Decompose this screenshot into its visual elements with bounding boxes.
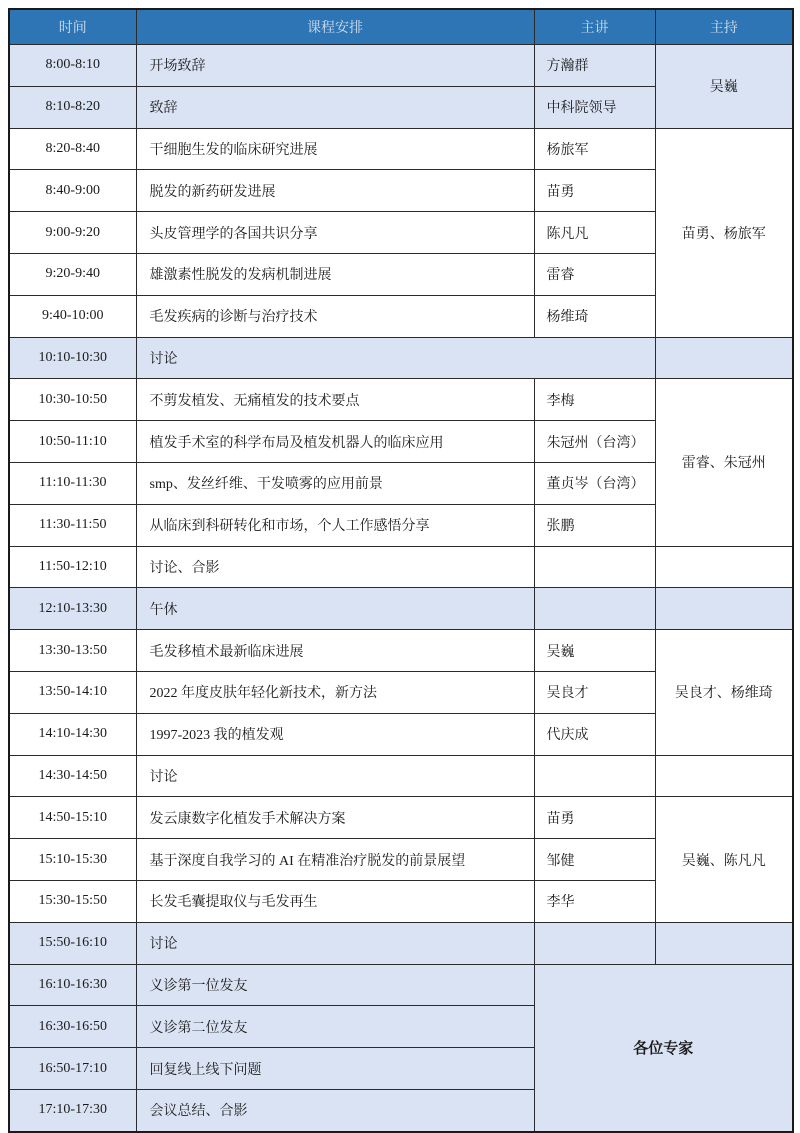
course-cell: 致辞 [136, 86, 534, 128]
header-row: 时间 课程安排 主讲 主持 [9, 9, 793, 45]
table-row: 14:30-14:50 讨论 [9, 755, 793, 797]
speaker-cell: 苗勇 [534, 170, 655, 212]
speaker-cell: 吴良才 [534, 671, 655, 713]
time-cell: 11:50-12:10 [9, 546, 136, 588]
time-cell: 15:30-15:50 [9, 880, 136, 922]
table-row: 16:10-16:30 义诊第一位发友 各位专家 [9, 964, 793, 1006]
table-row: 11:50-12:10 讨论、合影 [9, 546, 793, 588]
course-cell: 发云康数字化植发手术解决方案 [136, 797, 534, 839]
speaker-cell: 朱冠州（台湾） [534, 421, 655, 463]
schedule-page: 时间 课程安排 主讲 主持 8:00-8:10 开场致辞 方瀚群 吴巍 8:10… [0, 0, 800, 1111]
time-cell: 8:00-8:10 [9, 45, 136, 87]
course-cell: 午休 [136, 588, 534, 630]
speaker-cell: 方瀚群 [534, 45, 655, 87]
course-cell: 讨论 [136, 755, 534, 797]
speaker-cell: 中科院领导 [534, 86, 655, 128]
course-cell: 植发手术室的科学布局及植发机器人的临床应用 [136, 421, 534, 463]
header-speaker: 主讲 [534, 9, 655, 45]
course-cell: 长发毛囊提取仪与毛发再生 [136, 880, 534, 922]
speaker-cell: 杨维琦 [534, 295, 655, 337]
time-cell: 9:20-9:40 [9, 253, 136, 295]
time-cell: 15:10-15:30 [9, 839, 136, 881]
experts-cell: 各位专家 [534, 964, 793, 1132]
time-cell: 17:10-17:30 [9, 1089, 136, 1131]
course-cell: 回复线上线下问题 [136, 1048, 534, 1090]
table-row: 8:00-8:10 开场致辞 方瀚群 吴巍 [9, 45, 793, 87]
time-cell: 16:10-16:30 [9, 964, 136, 1006]
time-cell: 11:30-11:50 [9, 504, 136, 546]
speaker-cell [534, 755, 655, 797]
header-course: 课程安排 [136, 9, 534, 45]
time-cell: 10:30-10:50 [9, 379, 136, 421]
time-cell: 10:10-10:30 [9, 337, 136, 379]
host-cell [655, 755, 793, 797]
time-cell: 9:40-10:00 [9, 295, 136, 337]
time-cell: 16:30-16:50 [9, 1006, 136, 1048]
host-cell [655, 922, 793, 964]
course-cell: 会议总结、合影 [136, 1089, 534, 1131]
time-cell: 14:30-14:50 [9, 755, 136, 797]
speaker-cell: 苗勇 [534, 797, 655, 839]
course-cell: 开场致辞 [136, 45, 534, 87]
course-cell: smp、发丝纤维、干发喷雾的应用前景 [136, 462, 534, 504]
speaker-cell: 吴巍 [534, 630, 655, 672]
speaker-cell [534, 546, 655, 588]
time-cell: 8:10-8:20 [9, 86, 136, 128]
time-cell: 13:50-14:10 [9, 671, 136, 713]
time-cell: 11:10-11:30 [9, 462, 136, 504]
course-cell: 雄激素性脱发的发病机制进展 [136, 253, 534, 295]
speaker-cell: 陈凡凡 [534, 212, 655, 254]
table-row: 12:10-13:30 午休 [9, 588, 793, 630]
time-cell: 10:50-11:10 [9, 421, 136, 463]
course-cell: 干细胞生发的临床研究进展 [136, 128, 534, 170]
table-row: 10:30-10:50 不剪发植发、无痛植发的技术要点 李梅 雷睿、朱冠州 [9, 379, 793, 421]
time-cell: 13:30-13:50 [9, 630, 136, 672]
time-cell: 8:20-8:40 [9, 128, 136, 170]
course-cell: 讨论、合影 [136, 546, 534, 588]
speaker-cell: 张鹏 [534, 504, 655, 546]
speaker-cell: 杨旅军 [534, 128, 655, 170]
course-cell: 基于深度自我学习的 AI 在精准治疗脱发的前景展望 [136, 839, 534, 881]
speaker-cell: 董贞岑（台湾） [534, 462, 655, 504]
course-cell: 毛发疾病的诊断与治疗技术 [136, 295, 534, 337]
speaker-cell: 代庆成 [534, 713, 655, 755]
table-row: 10:10-10:30 讨论 [9, 337, 793, 379]
speaker-cell: 李华 [534, 880, 655, 922]
header-time: 时间 [9, 9, 136, 45]
host-cell: 吴巍 [655, 45, 793, 129]
host-cell: 吴良才、杨维琦 [655, 630, 793, 755]
time-cell: 15:50-16:10 [9, 922, 136, 964]
host-cell: 苗勇、杨旅军 [655, 128, 793, 337]
time-cell: 8:40-9:00 [9, 170, 136, 212]
header-host: 主持 [655, 9, 793, 45]
table-row: 14:50-15:10 发云康数字化植发手术解决方案 苗勇 吴巍、陈凡凡 [9, 797, 793, 839]
time-cell: 9:00-9:20 [9, 212, 136, 254]
time-cell: 14:50-15:10 [9, 797, 136, 839]
speaker-cell: 邹健 [534, 839, 655, 881]
speaker-cell [534, 588, 655, 630]
host-cell: 雷睿、朱冠州 [655, 379, 793, 546]
course-cell: 脱发的新药研发进展 [136, 170, 534, 212]
course-cell: 不剪发植发、无痛植发的技术要点 [136, 379, 534, 421]
course-cell: 毛发移植术最新临床进展 [136, 630, 534, 672]
course-cell: 头皮管理学的各国共识分享 [136, 212, 534, 254]
table-row: 8:20-8:40 干细胞生发的临床研究进展 杨旅军 苗勇、杨旅军 [9, 128, 793, 170]
host-cell: 吴巍、陈凡凡 [655, 797, 793, 922]
speaker-cell [534, 922, 655, 964]
course-cell: 2022 年度皮肤年轻化新技术，新方法 [136, 671, 534, 713]
course-cell: 1997-2023 我的植发观 [136, 713, 534, 755]
time-cell: 14:10-14:30 [9, 713, 136, 755]
host-cell [655, 546, 793, 588]
course-cell: 讨论 [136, 337, 655, 379]
host-cell [655, 588, 793, 630]
speaker-cell: 李梅 [534, 379, 655, 421]
time-cell: 16:50-17:10 [9, 1048, 136, 1090]
speaker-cell: 雷睿 [534, 253, 655, 295]
table-row: 15:50-16:10 讨论 [9, 922, 793, 964]
course-cell: 义诊第二位发友 [136, 1006, 534, 1048]
table-row: 13:30-13:50 毛发移植术最新临床进展 吴巍 吴良才、杨维琦 [9, 630, 793, 672]
course-cell: 义诊第一位发友 [136, 964, 534, 1006]
course-cell: 从临床到科研转化和市场，个人工作感悟分享 [136, 504, 534, 546]
schedule-table: 时间 课程安排 主讲 主持 8:00-8:10 开场致辞 方瀚群 吴巍 8:10… [8, 8, 794, 1133]
course-cell: 讨论 [136, 922, 534, 964]
time-cell: 12:10-13:30 [9, 588, 136, 630]
host-cell [655, 337, 793, 379]
